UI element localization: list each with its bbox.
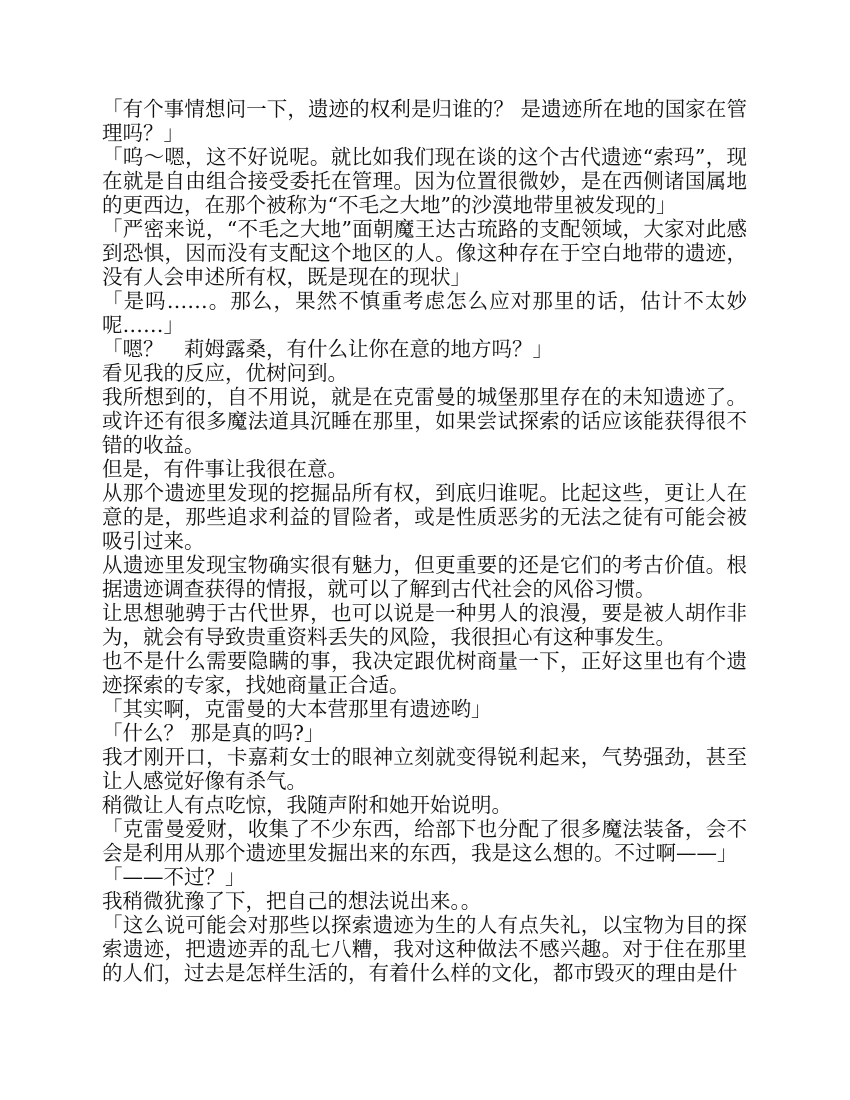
- paragraph-clayman-greed: 「克雷曼爱财，收集了不少东西，给部下也分配了很多魔法装备，会不会是利用从那个遗迹…: [102, 817, 747, 865]
- paragraph-explanation-start: 稍微让人有点吃惊，我随声附和她开始说明。: [102, 793, 747, 817]
- paragraph-archaeological-value: 从遗迹里发现宝物确实很有魅力，但更重要的还是它们的考古价值。根据遗迹调查获得的情…: [102, 553, 747, 601]
- paragraph-unknown-ruins: 我所想到的，自不用说，就是在克雷曼的城堡那里存在的未知遗迹了。或许还有很多魔法道…: [102, 385, 747, 457]
- paragraph-rimuru-question: 「嗯？ 莉姆露桑，有什么让你在意的地方吗？」: [102, 337, 747, 361]
- paragraph-ruins-at-headquarters: 「其实啊，克雷曼的大本营那里有遗迹哟」: [102, 697, 747, 721]
- paragraph-ownership-question: 「有个事情想问一下，遗迹的权利是归谁的？ 是遗迹所在地的国家在管理吗？」: [102, 97, 747, 145]
- paragraph-treasure-hunting-opinion: 「这么说可能会对那些以探索遗迹为生的人有点失礼，以宝物为目的探索遗迹，把遗迹弄的…: [102, 913, 747, 985]
- paragraph-romance: 让思想驰骋于古代世界，也可以说是一种男人的浪漫，要是被人胡作非为，就会有导致贵重…: [102, 601, 747, 649]
- paragraph-barren-land: 「严密来说，“不毛之大地”面朝魔王达古琉路的支配领域，大家对此感到恐惧，因而没有…: [102, 217, 747, 289]
- paragraph-soma-ruins: 「呜～嗯，这不好说呢。就比如我们现在谈的这个古代遗迹“索玛”，现在就是自由组合接…: [102, 145, 747, 217]
- paragraph-hesitation: 我稍微犹豫了下，把自己的想法说出来。。: [102, 889, 747, 913]
- paragraph-however: 「——不过？」: [102, 865, 747, 889]
- paragraph-yuuki-asks: 看见我的反应，优树问到。: [102, 361, 747, 385]
- paragraph-concern: 但是，有件事让我很在意。: [102, 457, 747, 481]
- paragraph-is-it-true: 「什么？ 那是真的吗?」: [102, 721, 747, 745]
- paragraph-ownership-of-finds: 从那个遗迹里发现的挖掘品所有权，到底归谁呢。比起这些，更让人在意的是，那些追求利…: [102, 481, 747, 553]
- paragraph-kagali-reaction: 我才刚开口，卡嘉莉女士的眼神立刻就变得锐利起来，气势强劲，甚至让人感觉好像有杀气…: [102, 745, 747, 793]
- paragraph-consult-yuuki: 也不是什么需要隐瞒的事，我决定跟优树商量一下，正好这里也有个遗迹探索的专家，找她…: [102, 649, 747, 697]
- document-page: 「有个事情想问一下，遗迹的权利是归谁的？ 是遗迹所在地的国家在管理吗？」 「呜～…: [102, 97, 747, 985]
- paragraph-careful-consideration: 「是吗……。那么，果然不慎重考虑怎么应对那里的话，估计不太妙呢……」: [102, 289, 747, 337]
